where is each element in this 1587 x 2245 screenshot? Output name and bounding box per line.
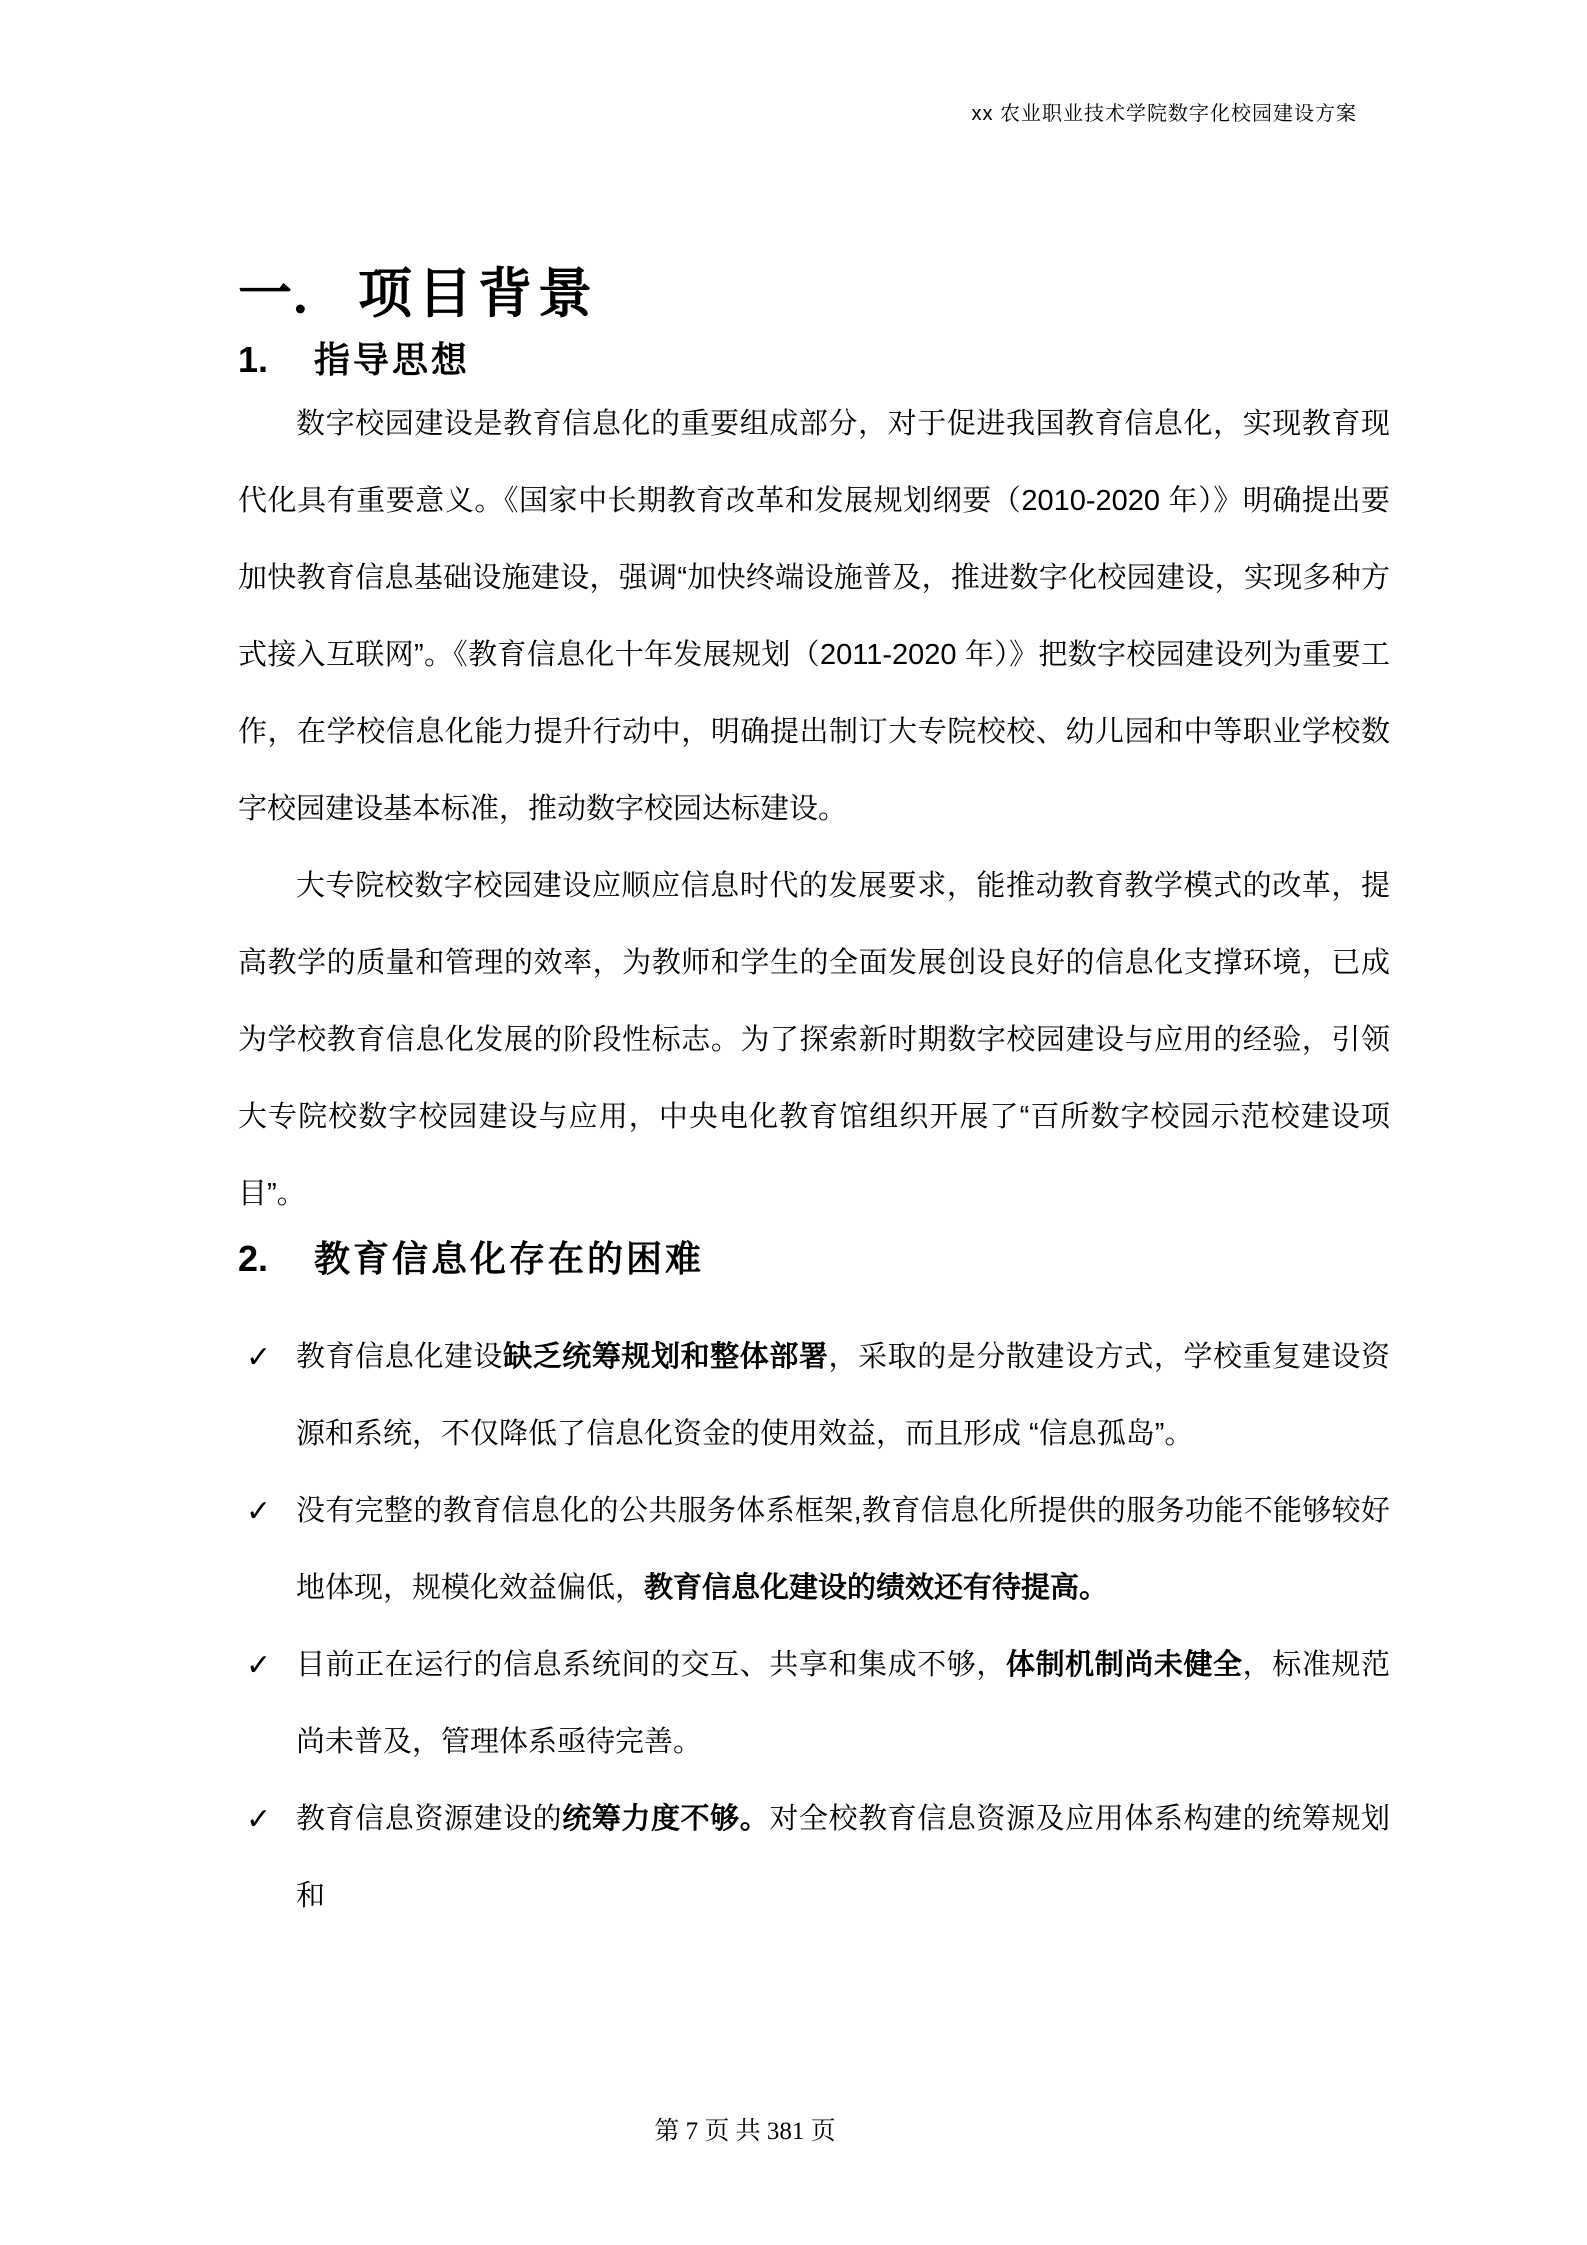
section-title-1: 指导思想 — [314, 339, 470, 380]
list-item: ✓没有完整的教育信息化的公共服务体系框架,教育信息化所提供的服务功能不能够较好地… — [238, 1473, 1390, 1627]
bullet-text: 目前正在运行的信息系统间的交互、共享和集成不够， — [296, 1649, 1006, 1681]
page-number: 第 7 页 共 381 页 — [654, 2118, 835, 2145]
bullet-text-bold: 教育信息化建设的绩效还有待提高。 — [644, 1572, 1108, 1604]
page-header: xx 农业职业技术学院数字化校园建设方案 — [238, 100, 1390, 128]
paragraph-1: 数字校园建设是教育信息化的重要组成部分，对于促进我国教育信息化，实现教育现代化具… — [238, 386, 1390, 848]
section-heading-2: 2.教育信息化存在的困难 — [238, 1233, 1390, 1285]
list-item: ✓教育信息资源建设的统筹力度不够。对全校教育信息资源及应用体系构建的统筹规划和 — [238, 1781, 1390, 1935]
section-heading-1: 1.指导思想 — [238, 334, 1390, 386]
section-title-2: 教育信息化存在的困难 — [314, 1238, 704, 1279]
list-item: ✓目前正在运行的信息系统间的交互、共享和集成不够，体制机制尚未健全，标准规范尚未… — [238, 1627, 1390, 1781]
section-number-1: 1. — [238, 334, 314, 386]
difficulty-list: ✓教育信息化建设缺乏统筹规划和整体部署，采取的是分散建设方式，学校重复建设资源和… — [238, 1319, 1390, 1935]
list-item: ✓教育信息化建设缺乏统筹规划和整体部署，采取的是分散建设方式，学校重复建设资源和… — [238, 1319, 1390, 1473]
checkmark-icon: ✓ — [246, 1319, 271, 1396]
bullet-text-bold: 体制机制尚未健全 — [1006, 1649, 1243, 1681]
chapter-title: 项目背景 — [358, 264, 598, 324]
bullet-text-bold: 缺乏统筹规划和整体部署 — [503, 1341, 828, 1373]
header-title: xx 农业职业技术学院数字化校园建设方案 — [971, 103, 1357, 125]
checkmark-icon: ✓ — [246, 1781, 271, 1858]
checkmark-icon: ✓ — [246, 1473, 271, 1550]
chapter-heading: 一．项目背景 — [238, 254, 1390, 334]
page-footer: 第 7 页 共 381 页 — [0, 2116, 1490, 2148]
bullet-text: 教育信息资源建设的 — [296, 1803, 562, 1835]
bullet-text-bold: 统筹力度不够。 — [562, 1803, 769, 1835]
document-page: xx 农业职业技术学院数字化校园建设方案 一．项目背景 1.指导思想 数字校园建… — [0, 0, 1587, 2245]
section-number-2: 2. — [238, 1233, 314, 1285]
bullet-text: 教育信息化建设 — [296, 1341, 503, 1373]
paragraph-2: 大专院校数字校园建设应顺应信息时代的发展要求，能推动教育教学模式的改革，提高教学… — [238, 848, 1390, 1233]
chapter-number: 一． — [238, 254, 358, 334]
checkmark-icon: ✓ — [246, 1627, 271, 1704]
